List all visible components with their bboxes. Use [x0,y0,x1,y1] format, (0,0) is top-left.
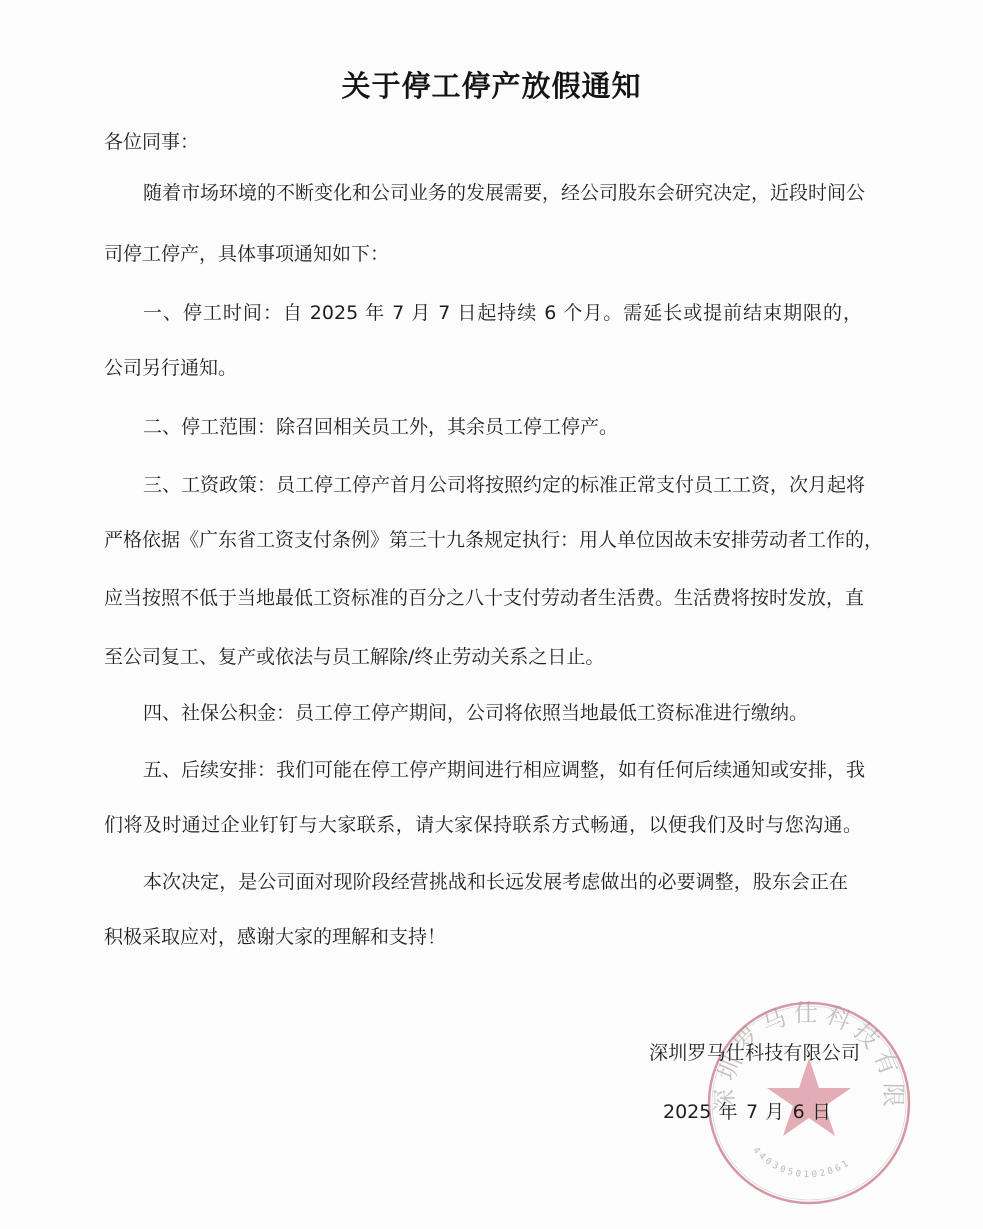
document-title: 关于停工停产放假通知 [0,66,983,106]
signature-company: 深圳罗马仕科技有限公司 [649,1040,860,1066]
item-3-line: 严格依据《广东省工资支付条例》第三十九条规定执行：用人单位因故未安排劳动者工作的… [104,527,862,553]
item-2-line: 二、停工范围：除召回相关员工外，其余员工停工停产。 [143,414,618,440]
salutation: 各位同事： [104,129,199,155]
item-3-line: 应当按照不低于当地最低工资标准的百分之八十支付劳动者生活费。生活费将按时发放，直 [104,585,862,611]
closing-line: 积极采取应对，感谢大家的理解和支持！ [104,924,446,950]
item-5-line: 五、后续安排：我们可能在停工停产期间进行相应调整，如有任何后续通知或安排，我 [143,757,862,783]
item-1-line: 一、停工时间：自 2025 年 7 月 7 日起持续 6 个月。需延长或提前结束… [143,300,862,326]
paragraph-line: 司停工停产，具体事项通知如下： [104,241,389,267]
closing-line: 本次决定，是公司面对现阶段经营挑战和长远发展考虑做出的必要调整，股东会正在 [143,869,848,895]
item-1-line: 公司另行通知。 [104,355,237,381]
item-3-line: 三、工资政策：员工停工停产首月公司将按照约定的标准正常支付员工工资，次月起将 [143,472,862,498]
item-5-line: 们将及时通过企业钉钉与大家联系，请大家保持联系方式畅通，以便我们及时与您沟通。 [104,812,862,838]
document-page: 关于停工停产放假通知 各位同事： 随着市场环境的不断变化和公司业务的发展需要，经… [0,0,983,1229]
stamp-serial-text: 4403050102061 [750,1146,852,1181]
svg-text:4403050102061: 4403050102061 [750,1146,852,1181]
signature-date: 2025 年 7 月 6 日 [663,1099,831,1125]
paragraph-line: 随着市场环境的不断变化和公司业务的发展需要，经公司股东会研究决定，近段时间公 [143,180,862,206]
item-3-line: 至公司复工、复产或依法与员工解除/终止劳动关系之日止。 [104,644,604,670]
item-4-line: 四、社保公积金：员工停工停产期间，公司将依照当地最低工资标准进行缴纳。 [143,700,808,726]
